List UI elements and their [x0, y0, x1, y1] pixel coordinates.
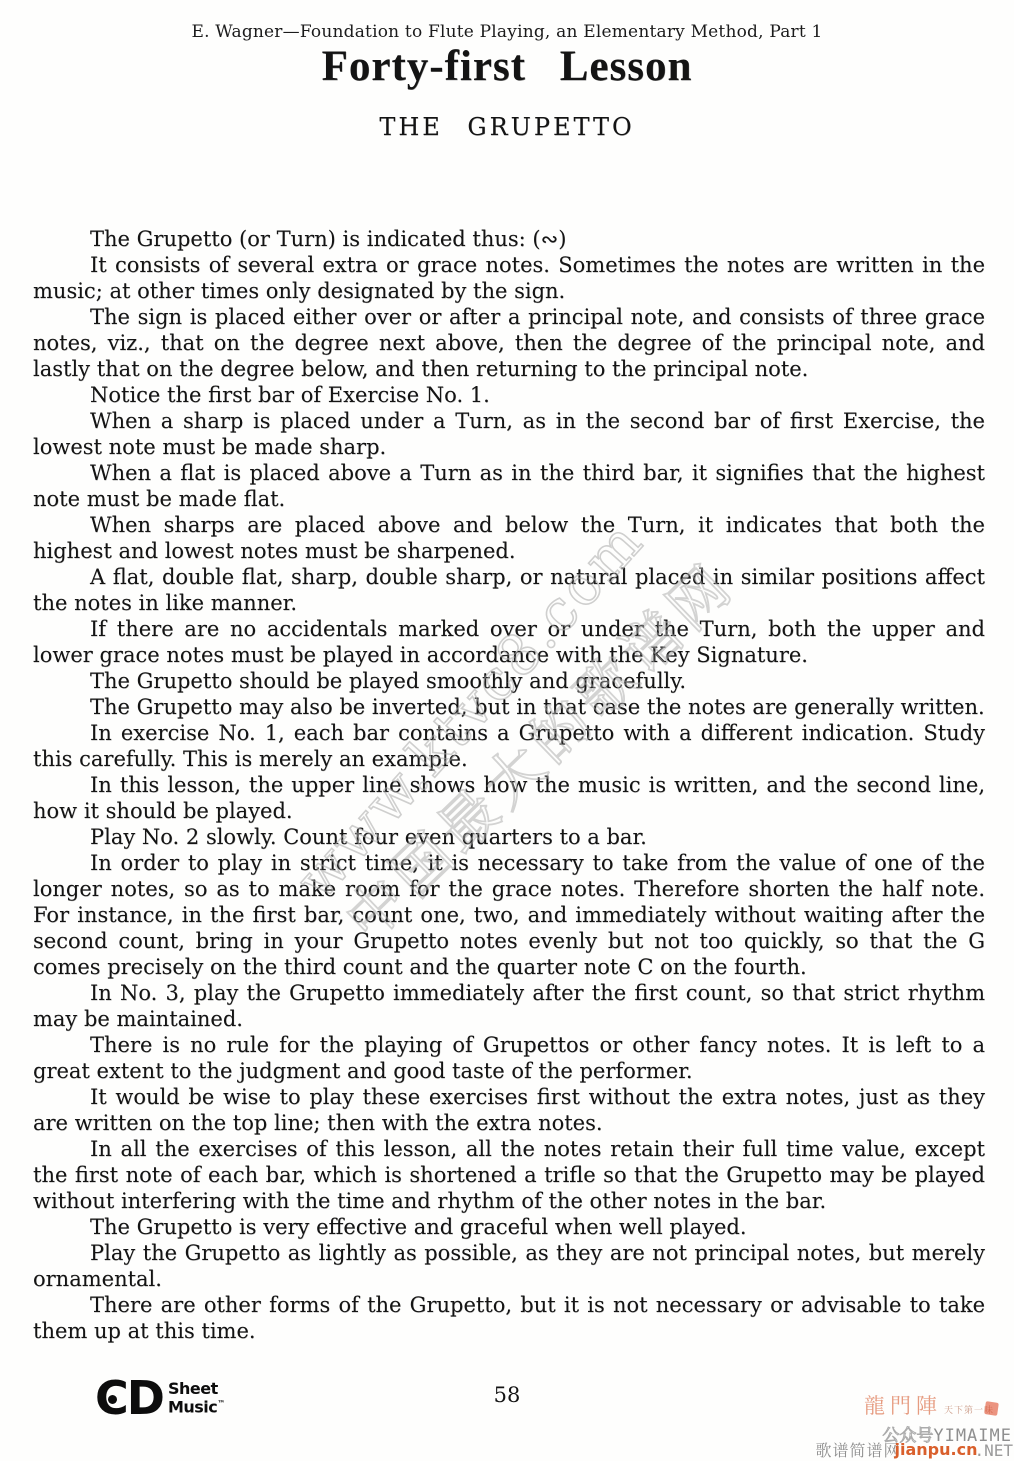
paragraph: When a sharp is placed under a Turn, as …	[33, 408, 985, 460]
paragraph: When a flat is placed above a Turn as in…	[33, 460, 985, 512]
paragraph: In No. 3, play the Grupetto immediately …	[33, 980, 985, 1032]
paragraph: There is no rule for the playing of Grup…	[33, 1032, 985, 1084]
watermark-site: 歌谱简谱网jianpu.cn.NET	[816, 1438, 1014, 1461]
paragraph: If there are no accidentals marked over …	[33, 616, 985, 668]
paragraph: There are other forms of the Grupetto, b…	[33, 1292, 985, 1344]
red-seal-icon	[984, 1401, 999, 1416]
paragraph: When sharps are placed above and below t…	[33, 512, 985, 564]
paragraph: In all the exercises of this lesson, all…	[33, 1136, 985, 1214]
paragraph: Play No. 2 slowly. Count four even quart…	[33, 824, 985, 850]
watermark-brand-name: 龍門陣	[864, 1394, 942, 1418]
page-title: Forty-first Lesson	[0, 42, 1014, 91]
page-number: 58	[0, 1383, 1014, 1407]
paragraph: The Grupetto is very effective and grace…	[33, 1214, 985, 1240]
body-text: The Grupetto (or Turn) is indicated thus…	[33, 226, 985, 1344]
running-header: E. Wagner—Foundation to Flute Playing, a…	[0, 22, 1014, 42]
paragraph: It would be wise to play these exercises…	[33, 1084, 985, 1136]
paragraph: The Grupetto should be played smoothly a…	[33, 668, 985, 694]
page-subtitle: THE GRUPETTO	[0, 113, 1014, 141]
paragraph: A flat, double flat, sharp, double sharp…	[33, 564, 985, 616]
paragraph: In exercise No. 1, each bar contains a G…	[33, 720, 985, 772]
watermark-site-cn: 歌谱简谱网	[816, 1441, 901, 1460]
paragraph: In this lesson, the upper line shows how…	[33, 772, 985, 824]
paragraph: The Grupetto may also be inverted, but i…	[33, 694, 985, 720]
document-page: E. Wagner—Foundation to Flute Playing, a…	[0, 0, 1014, 1461]
paragraph: The sign is placed either over or after …	[33, 304, 985, 382]
paragraph: Notice the first bar of Exercise No. 1.	[33, 382, 985, 408]
paragraph: In order to play in strict time, it is n…	[33, 850, 985, 980]
watermark-brand: 龍門陣天下第一味	[864, 1390, 998, 1420]
watermark-site-tld: .NET	[974, 1441, 1013, 1460]
paragraph: It consists of several extra or grace no…	[33, 252, 985, 304]
paragraph: Play the Grupetto as lightly as possible…	[33, 1240, 985, 1292]
watermark-site-url: jianpu.cn	[895, 1440, 978, 1459]
paragraph: The Grupetto (or Turn) is indicated thus…	[33, 226, 985, 252]
